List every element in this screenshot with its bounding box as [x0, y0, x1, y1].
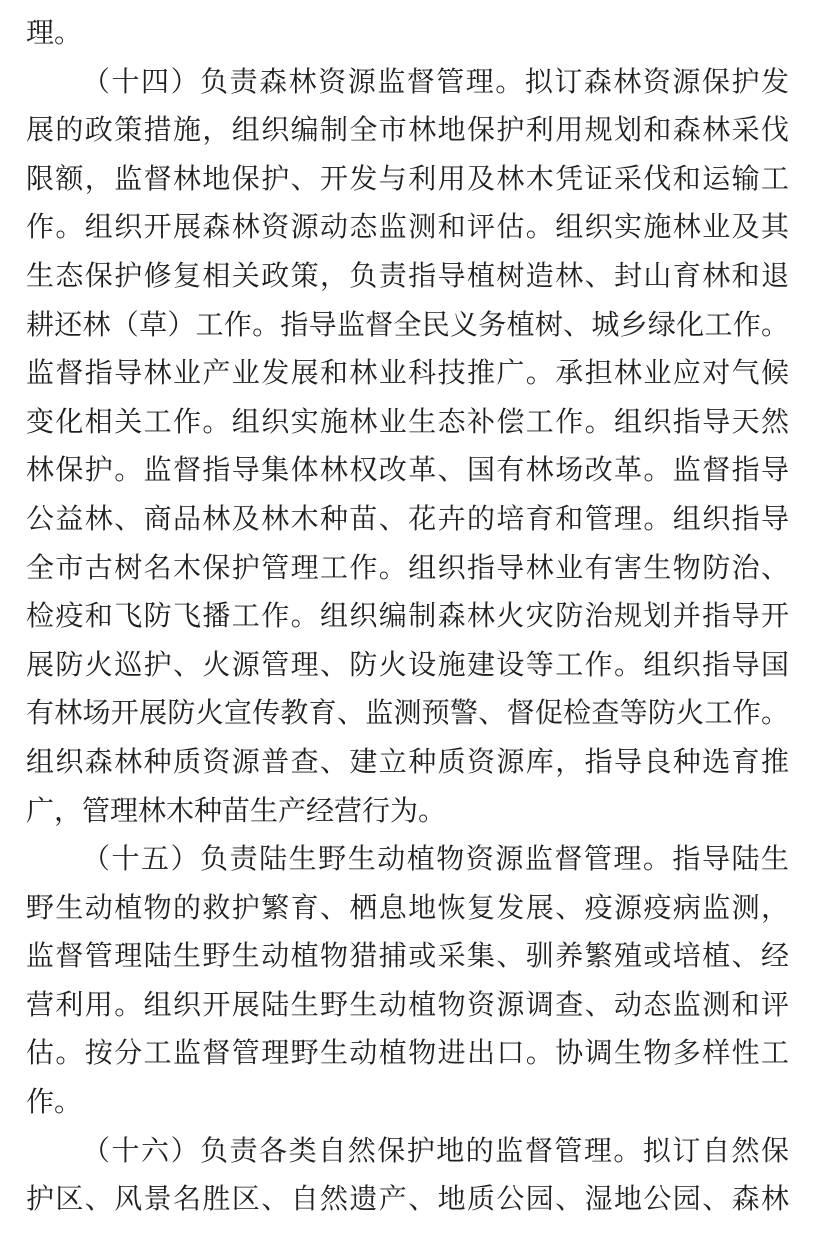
text-line: 护区、风景名胜区、自然遗产、地质公园、湿地公园、森林 [26, 1176, 789, 1225]
text-line: 理。 [26, 10, 789, 59]
paragraph: 理。 [26, 10, 789, 59]
text-line: 变化相关工作。组织实施林业生态补偿工作。组织指导天然 [26, 399, 789, 448]
text-line: 林保护。监督指导集体林权改革、国有林场改革。监督指导 [26, 447, 789, 496]
text-line: 有林场开展防火宣传教育、监测预警、督促检查等防火工作。 [26, 690, 789, 739]
text-line: 限额，监督林地保护、开发与利用及林木凭证采伐和运输工 [26, 156, 789, 205]
paragraph: （十五）负责陆生野生动植物资源监督管理。指导陆生 野生动植物的救护繁育、栖息地恢… [26, 836, 789, 1128]
text-line: 营利用。组织开展陆生野生动植物资源调查、动态监测和评 [26, 982, 789, 1031]
text-line: 全市古树名木保护管理工作。组织指导林业有害生物防治、 [26, 545, 789, 594]
text-line: 展防火巡护、火源管理、防火设施建设等工作。组织指导国 [26, 642, 789, 691]
text-line: 耕还林（草）工作。指导监督全民义务植树、城乡绿化工作。 [26, 302, 789, 351]
text-line: （十四）负责森林资源监督管理。拟订森林资源保护发 [26, 59, 789, 108]
text-line: 作。 [26, 1079, 789, 1128]
text-line: 广，管理林木种苗生产经营行为。 [26, 788, 789, 837]
text-line: 组织森林种质资源普查、建立种质资源库，指导良种选育推 [26, 739, 789, 788]
text-line: 作。组织开展森林资源动态监测和评估。组织实施林业及其 [26, 204, 789, 253]
text-line: 野生动植物的救护繁育、栖息地恢复发展、疫源疫病监测， [26, 885, 789, 934]
document-page: 理。 （十四）负责森林资源监督管理。拟订森林资源保护发 展的政策措施，组织编制全… [0, 0, 817, 1239]
text-line: 展的政策措施，组织编制全市林地保护利用规划和森林采伐 [26, 107, 789, 156]
document-body: 理。 （十四）负责森林资源监督管理。拟订森林资源保护发 展的政策措施，组织编制全… [26, 10, 789, 1225]
text-line: 公益林、商品林及林木种苗、花卉的培育和管理。组织指导 [26, 496, 789, 545]
text-line: 监督指导林业产业发展和林业科技推广。承担林业应对气候 [26, 350, 789, 399]
text-line: 生态保护修复相关政策，负责指导植树造林、封山育林和退 [26, 253, 789, 302]
text-line: 估。按分工监督管理野生动植物进出口。协调生物多样性工 [26, 1030, 789, 1079]
text-line: 检疫和飞防飞播工作。组织编制森林火灾防治规划并指导开 [26, 593, 789, 642]
text-line: （十六）负责各类自然保护地的监督管理。拟订自然保 [26, 1128, 789, 1177]
paragraph: （十四）负责森林资源监督管理。拟订森林资源保护发 展的政策措施，组织编制全市林地… [26, 59, 789, 837]
paragraph: （十六）负责各类自然保护地的监督管理。拟订自然保 护区、风景名胜区、自然遗产、地… [26, 1128, 789, 1225]
text-line: （十五）负责陆生野生动植物资源监督管理。指导陆生 [26, 836, 789, 885]
text-line: 监督管理陆生野生动植物猎捕或采集、驯养繁殖或培植、经 [26, 933, 789, 982]
